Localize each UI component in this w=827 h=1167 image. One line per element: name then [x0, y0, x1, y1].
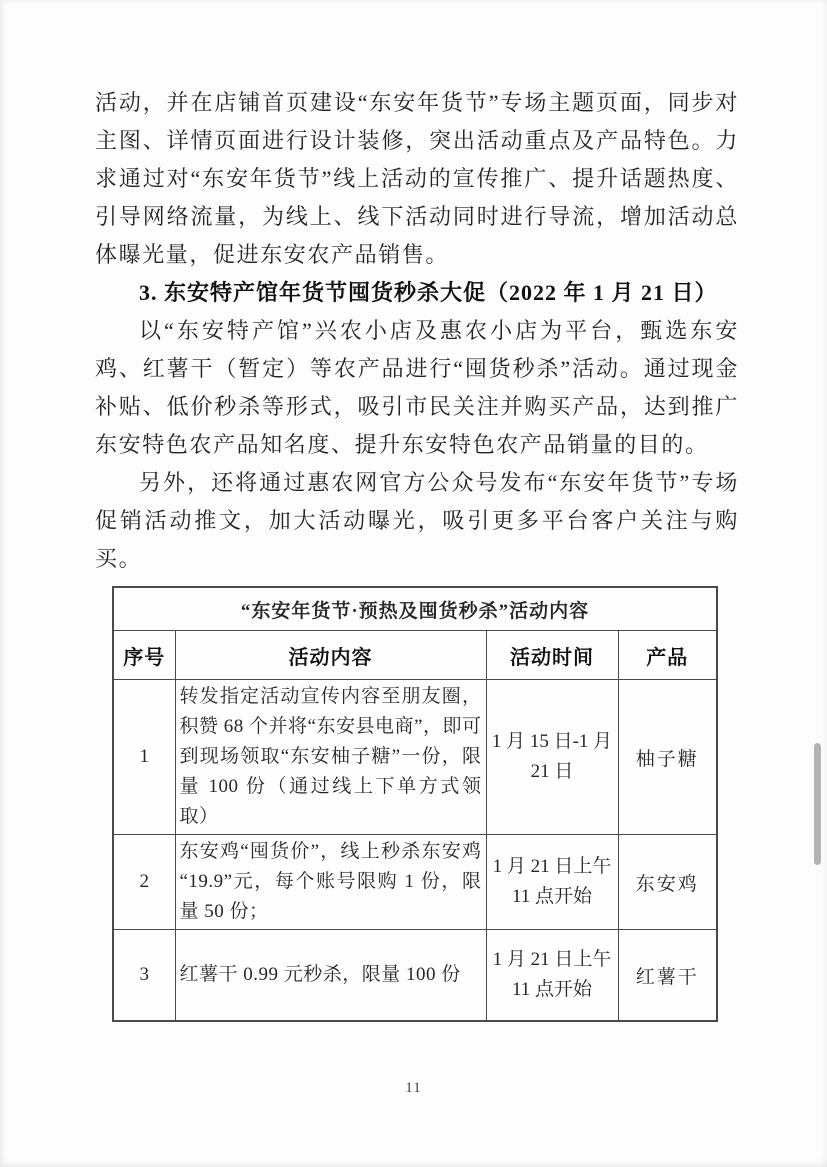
cell-time: 1 月 21 日上午 11 点开始	[486, 930, 618, 1022]
cell-content: 红薯干 0.99 元秒杀，限量 100 份	[175, 930, 486, 1022]
document-page: 活动，并在店铺首页建设“东安年货节”专场主题页面，同步对主图、详情页面进行设计装…	[0, 0, 827, 1167]
table-title-row: “东安年货节·预热及囤货秒杀”活动内容	[113, 587, 717, 631]
cell-product: 红薯干	[618, 930, 717, 1022]
table-row: 2 东安鸡“囤货价”，线上秒杀东安鸡“19.9”元，每个账号限购 1 份，限量 …	[113, 835, 717, 930]
paragraph-promotion: 另外，还将通过惠农网官方公众号发布“东安年货节”专场促销活动推文，加大活动曝光，…	[95, 464, 739, 578]
cell-no: 3	[113, 930, 175, 1022]
page-number: 11	[0, 1080, 827, 1097]
cell-time: 1 月 21 日上午 11 点开始	[486, 835, 618, 930]
cell-product: 柚子糖	[618, 680, 717, 835]
cell-content: 东安鸡“囤货价”，线上秒杀东安鸡“19.9”元，每个账号限购 1 份，限量 50…	[175, 835, 486, 930]
column-header-no: 序号	[113, 631, 175, 680]
column-header-time: 活动时间	[486, 631, 618, 680]
table-row: 3 红薯干 0.99 元秒杀，限量 100 份 1 月 21 日上午 11 点开…	[113, 930, 717, 1022]
table-title: “东安年货节·预热及囤货秒杀”活动内容	[113, 587, 717, 631]
document-content: 活动，并在店铺首页建设“东安年货节”专场主题页面，同步对主图、详情页面进行设计装…	[95, 84, 739, 1022]
cell-time: 1 月 15 日-1 月 21 日	[486, 680, 618, 835]
table-row: 1 转发指定活动宣传内容至朋友圈，积赞 68 个并将“东安县电商”，即可到现场领…	[113, 680, 717, 835]
table-header-row: 序号 活动内容 活动时间 产品	[113, 631, 717, 680]
cell-no: 1	[113, 680, 175, 835]
activity-table: “东安年货节·预热及囤货秒杀”活动内容 序号 活动内容 活动时间 产品 1 转发…	[112, 586, 718, 1022]
cell-product: 东安鸡	[618, 835, 717, 930]
paragraph-platform: 以“东安特产馆”兴农小店及惠农小店为平台，甄选东安鸡、红薯干（暂定）等农产品进行…	[95, 312, 739, 464]
section-heading: 3. 东安特产馆年货节囤货秒杀大促（2022 年 1 月 21 日）	[95, 274, 739, 312]
paragraph-continuation: 活动，并在店铺首页建设“东安年货节”专场主题页面，同步对主图、详情页面进行设计装…	[95, 84, 739, 274]
cell-no: 2	[113, 835, 175, 930]
column-header-content: 活动内容	[175, 631, 486, 680]
scrollbar-thumb[interactable]	[814, 743, 821, 865]
column-header-product: 产品	[618, 631, 717, 680]
cell-content: 转发指定活动宣传内容至朋友圈，积赞 68 个并将“东安县电商”，即可到现场领取“…	[175, 680, 486, 835]
